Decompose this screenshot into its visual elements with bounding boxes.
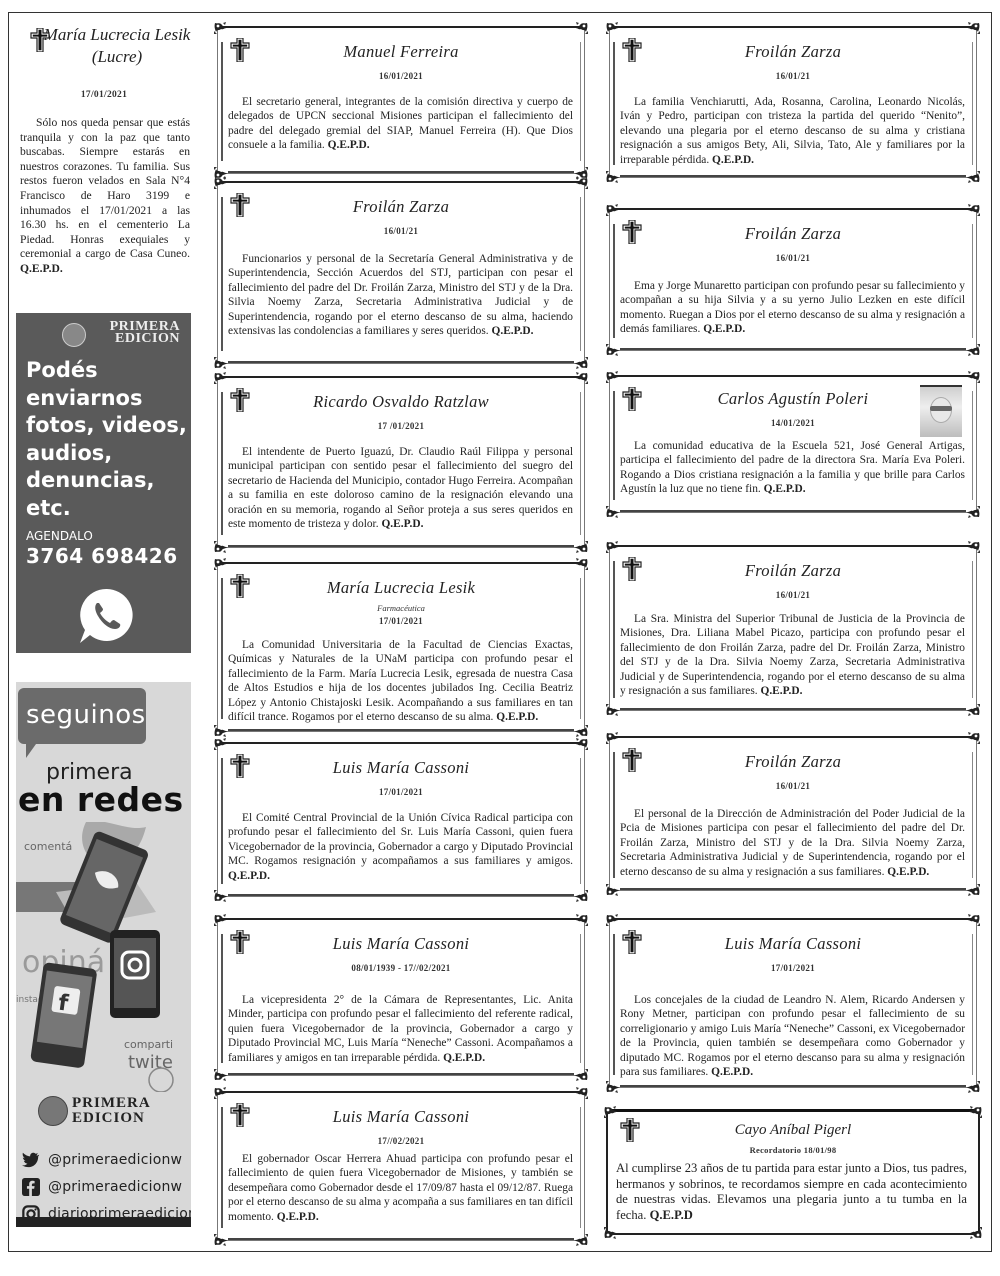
obituary-card: Carlos Agustín Poleri 14/01/2021 La comu… [609, 375, 977, 513]
cross-icon [230, 193, 250, 217]
handle-text: @primeraedicionw [48, 1179, 182, 1195]
obituary-date: 17/01/2021 [14, 90, 194, 100]
qepd-label: Q.E.P.D. [760, 685, 802, 697]
corner-ornament-icon [574, 888, 588, 902]
speech-bubble: seguinos [18, 688, 146, 744]
obituary-name: María Lucrecia Lesik [218, 578, 584, 598]
svg-text:comparti: comparti [124, 1038, 173, 1051]
corner-ornament-icon [606, 914, 620, 928]
ad-line2: en redes [18, 780, 184, 819]
obituary-date: 16/01/21 [218, 226, 584, 236]
corner-ornament-icon [606, 504, 620, 518]
obituary-name: Froilán Zarza [218, 197, 584, 217]
obituary-text: El secretario general, integrantes de la… [228, 96, 573, 151]
headline-line: enviarnos [26, 385, 187, 413]
obituary-name: Luis María Cassoni [218, 934, 584, 954]
corner-ornament-icon [966, 22, 980, 36]
corner-ornament-icon [574, 355, 588, 369]
corner-ornament-icon [968, 1106, 982, 1120]
obituary-name: Cayo Aníbal Pigerl [608, 1122, 978, 1139]
obituary-date: 16/01/21 [610, 253, 976, 263]
globe-icon [62, 323, 86, 347]
obituary-name: Luis María Cassoni [218, 1107, 584, 1127]
obituary-card: Froilán Zarza 16/01/21 Funcionarios y pe… [217, 181, 585, 364]
handle-text: @primeraedicionw [48, 1152, 182, 1168]
corner-ornament-icon [214, 1232, 228, 1246]
obituary-text: Los concejales de la ciudad de Leandro N… [620, 994, 965, 1078]
qepd-label: Q.E.P.D. [328, 139, 370, 151]
obituary-card: Ricardo Osvaldo Ratzlaw 17 /01/2021 El i… [217, 376, 585, 548]
cross-icon [30, 28, 50, 52]
obituary-body: El gobernador Oscar Herrera Ahuad partic… [218, 1152, 584, 1224]
obituary-body: La Comunidad Universitaria de la Faculta… [218, 638, 584, 724]
obituary-date: 16/01/21 [610, 71, 976, 81]
cross-icon [622, 930, 642, 954]
obituary-date: 17//02/2021 [218, 1136, 584, 1146]
obituary-card: Manuel Ferreira 16/01/2021 El secretario… [217, 26, 585, 174]
corner-ornament-icon [606, 732, 620, 746]
obituary-date: 16/01/21 [610, 781, 976, 791]
obituary-body: Sólo nos queda pensar que estás tranquil… [14, 116, 194, 277]
corner-ornament-icon [574, 1067, 588, 1081]
logo-line2: EDICION [72, 1111, 151, 1126]
obituary-body: Funcionarios y personal de la Secretaría… [218, 252, 584, 338]
obituary-name: Froilán Zarza [610, 224, 976, 244]
obituary-body: La vicepresidenta 2° de la Cámara de Rep… [218, 993, 584, 1065]
obituary-body: Ema y Jorge Munaretto participan con pro… [610, 279, 976, 337]
obituary-name: Luis María Cassoni [218, 758, 584, 778]
primera-edicion-logo: PRIMERA EDICION [38, 1094, 178, 1130]
cross-icon [230, 574, 250, 598]
cross-icon [620, 1118, 640, 1142]
corner-ornament-icon [214, 1087, 228, 1101]
obituary-name: Froilán Zarza [610, 42, 976, 62]
obituary-card: María Lucrecia Lesik Farmacéutica 17/01/… [217, 562, 585, 732]
obituary-body: Al cumplirse 23 años de tu partida para … [608, 1161, 978, 1223]
corner-ornament-icon [574, 723, 588, 737]
corner-ornament-icon [604, 1106, 618, 1120]
corner-ornament-icon [574, 539, 588, 553]
corner-ornament-icon [214, 372, 228, 386]
corner-ornament-icon [606, 204, 620, 218]
qepd-label: Q.E.P.D. [443, 1052, 485, 1064]
qepd-label: Q.E.P.D. [277, 1211, 319, 1223]
left-column: María Lucrecia Lesik (Lucre) 17/01/2021 … [14, 24, 194, 277]
cross-icon [622, 38, 642, 62]
obituary-body: Los concejales de la ciudad de Leandro N… [610, 993, 976, 1079]
obituary-date: 17/01/2021 [218, 616, 584, 626]
cross-icon [230, 754, 250, 778]
corner-ornament-icon [214, 539, 228, 553]
obituary-body: La Sra. Ministra del Superior Tribunal d… [610, 612, 976, 698]
obituary-card-reminder: Cayo Aníbal Pigerl Recordatorio 18/01/98… [606, 1109, 980, 1235]
obituary-body: El intendente de Puerto Iguazú, Dr. Clau… [218, 445, 584, 531]
corner-ornament-icon [966, 882, 980, 896]
corner-ornament-icon [574, 738, 588, 752]
corner-ornament-icon [606, 169, 620, 183]
corner-ornament-icon [574, 22, 588, 36]
cross-icon [622, 387, 642, 411]
qepd-label: Q.E.P.D. [711, 1066, 753, 1078]
social-media-ad[interactable]: seguinos primera en redes comentá opiná … [16, 682, 191, 1227]
corner-ornament-icon [968, 1225, 982, 1239]
corner-ornament-icon [966, 702, 980, 716]
obituary-card: Froilán Zarza 16/01/21 Ema y Jorge Munar… [609, 208, 977, 351]
corner-ornament-icon [966, 371, 980, 385]
obituary-body: El Comité Central Provincial de la Unión… [218, 811, 584, 883]
cross-icon [230, 930, 250, 954]
headline-line: fotos, videos, [26, 412, 187, 440]
primera-edicion-logo: PRIMERA EDICION [56, 321, 186, 349]
obituary-body: La familia Venchiarutti, Ada, Rosanna, C… [610, 95, 976, 167]
obituary-name: Ricardo Osvaldo Ratzlaw [218, 392, 584, 412]
corner-ornament-icon [606, 541, 620, 555]
twitter-icon [22, 1151, 40, 1169]
obituary-card: Froilán Zarza 16/01/21 El personal de la… [609, 736, 977, 891]
obituary-name: Luis María Cassoni [610, 934, 976, 954]
obituary-date: 17/01/2021 [610, 963, 976, 973]
obituary-text: La vicepresidenta 2° de la Cámara de Rep… [228, 994, 573, 1064]
corner-ornament-icon [574, 1232, 588, 1246]
obituary-card: Luis María Cassoni 17//02/2021 El gobern… [217, 1091, 585, 1241]
corner-ornament-icon [966, 1079, 980, 1093]
facebook-icon [22, 1178, 40, 1196]
corner-ornament-icon [606, 702, 620, 716]
corner-ornament-icon [574, 914, 588, 928]
corner-ornament-icon [606, 1079, 620, 1093]
corner-ornament-icon [604, 1225, 618, 1239]
corner-ornament-icon [966, 504, 980, 518]
obituary-card: Froilán Zarza 16/01/21 La Sra. Ministra … [609, 545, 977, 711]
obituary-subtitle: Farmacéutica [218, 603, 584, 613]
cross-icon [230, 388, 250, 412]
logo-text: PRIMERA EDICION [72, 1096, 151, 1126]
obituary-name: Manuel Ferreira [218, 42, 584, 62]
obituary-text: El Comité Central Provincial de la Unión… [228, 812, 573, 867]
obituary-body: La comunidad educativa de la Escuela 521… [610, 439, 976, 497]
obituary-body: El personal de la Dirección de Administr… [610, 807, 976, 879]
facebook-handle[interactable]: @primeraedicionw [22, 1173, 191, 1200]
obituary-date: 16/01/21 [610, 590, 976, 600]
obituary-text: Ema y Jorge Munaretto participan con pro… [620, 280, 965, 335]
qepd-label: Q.E.P.D. [496, 711, 538, 723]
headline-line: Podés [26, 357, 187, 385]
corner-ornament-icon [966, 914, 980, 928]
obituary-left: María Lucrecia Lesik (Lucre) 17/01/2021 … [14, 24, 194, 277]
cross-icon [230, 1103, 250, 1127]
ad-headline: Podés enviarnos fotos, videos, audios, d… [26, 357, 187, 522]
corner-ornament-icon [214, 888, 228, 902]
obituary-date: 16/01/2021 [218, 71, 584, 81]
corner-ornament-icon [966, 204, 980, 218]
obituary-card: Luis María Cassoni 08/01/1939 - 17//02/2… [217, 918, 585, 1076]
whatsapp-ad[interactable]: PRIMERA EDICION Podés enviarnos fotos, v… [16, 313, 191, 653]
qepd-label: Q.E.P.D [650, 1208, 693, 1222]
qepd-label: Q.E.P.D. [764, 483, 806, 495]
social-handles: @primeraedicionw @primeraedicionw diario… [22, 1146, 191, 1227]
headline-line: etc. [26, 495, 187, 523]
qepd-label: Q.E.P.D. [887, 866, 929, 878]
cross-icon [622, 220, 642, 244]
corner-ornament-icon [214, 22, 228, 36]
qepd-label: Q.E.P.D. [228, 870, 270, 882]
obituary-card: Luis María Cassoni 17/01/2021 Los concej… [609, 918, 977, 1088]
corner-ornament-icon [966, 541, 980, 555]
obituary-date: Recordatorio 18/01/98 [608, 1145, 978, 1155]
corner-ornament-icon [214, 738, 228, 752]
qepd-label: Q.E.P.D. [492, 325, 534, 337]
logo-line1: PRIMERA [72, 1096, 151, 1111]
corner-ornament-icon [966, 169, 980, 183]
cross-icon [230, 38, 250, 62]
corner-ornament-icon [214, 914, 228, 928]
globe-icon [38, 1096, 68, 1126]
cross-icon [622, 557, 642, 581]
corner-ornament-icon [606, 882, 620, 896]
headline-line: audios, [26, 440, 187, 468]
footer-bar [16, 1217, 191, 1227]
bubble-text: seguinos [26, 700, 146, 730]
twitter-handle[interactable]: @primeraedicionw [22, 1146, 191, 1173]
corner-ornament-icon [966, 732, 980, 746]
obituary-text: Sólo nos queda pensar que estás tranquil… [20, 116, 190, 260]
qepd-label: Q.E.P.D. [712, 154, 754, 166]
qepd-label: Q.E.P.D. [703, 323, 745, 335]
corner-ornament-icon [214, 723, 228, 737]
corner-ornament-icon [214, 1067, 228, 1081]
headline-line: denuncias, [26, 467, 187, 495]
corner-ornament-icon [574, 1087, 588, 1101]
obituary-name: Froilán Zarza [610, 561, 976, 581]
corner-ornament-icon [606, 342, 620, 356]
qepd-label: Q.E.P.D. [381, 518, 423, 530]
whatsapp-icon [76, 585, 138, 647]
corner-ornament-icon [214, 558, 228, 572]
obituary-text: La familia Venchiarutti, Ada, Rosanna, C… [620, 96, 965, 166]
ad-cta: AGENDALO [26, 529, 93, 543]
svg-text:comentá: comentá [24, 840, 72, 853]
corner-ornament-icon [574, 372, 588, 386]
corner-ornament-icon [214, 177, 228, 191]
obituary-card: Froilán Zarza 16/01/21 La familia Venchi… [609, 26, 977, 178]
corner-ornament-icon [966, 342, 980, 356]
ad-phone-number[interactable]: 3764 698426 [26, 544, 178, 568]
obituary-date: 17/01/2021 [218, 787, 584, 797]
obituary-body: El secretario general, integrantes de la… [218, 95, 584, 153]
obituary-date: 08/01/1939 - 17//02/2021 [218, 963, 584, 973]
corner-ornament-icon [606, 22, 620, 36]
deceased-photo [920, 385, 962, 437]
corner-ornament-icon [574, 177, 588, 191]
obituary-name: Froilán Zarza [610, 752, 976, 772]
social-collage-art: comentá opiná subí instagram f comparti … [16, 822, 191, 1092]
corner-ornament-icon [606, 371, 620, 385]
qepd-label: Q.E.P.D. [20, 262, 63, 275]
corner-ornament-icon [214, 355, 228, 369]
cross-icon [622, 748, 642, 772]
obituary-date: 17 /01/2021 [218, 421, 584, 431]
obituary-card: Luis María Cassoni 17/01/2021 El Comité … [217, 742, 585, 897]
corner-ornament-icon [574, 558, 588, 572]
